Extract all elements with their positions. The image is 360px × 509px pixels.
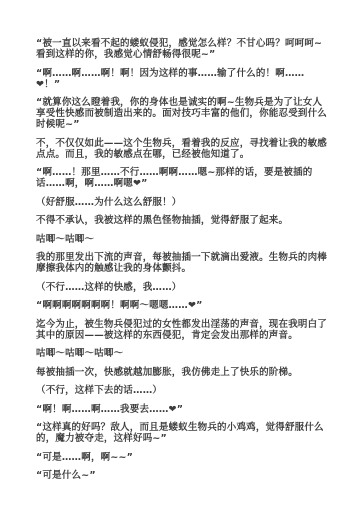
paragraph-thought-2: （不行……这样的快感，我……）	[36, 282, 328, 293]
paragraph-dialogue-8: “可是……啊，啊~~”	[36, 452, 328, 463]
paragraph-dialogue-4: “啊……！那里……不行……啊啊……嗯~那样的话，要是被插的话……啊，啊……啊嗯❤…	[36, 167, 328, 189]
paragraph-narration-1: 不，不仅仅如此——这个生物兵，看着我的反应，寻找着让我的敏感点点。而且，我的敏感…	[36, 138, 328, 160]
paragraph-dialogue-3: “就算你这么瞪着我，你的身体也是诚实的啊~生物兵是为了让女人享受性快感而被制造出…	[36, 97, 328, 130]
paragraph-thought-1: （好舒服……为什么这么舒服！）	[36, 197, 328, 208]
paragraph-thought-3: （不行，这样下去的话……）	[36, 385, 328, 396]
paragraph-dialogue-5: “啊啊啊啊啊啊啊！啊啊～嗯嗯……❤”	[36, 300, 328, 311]
paragraph-dialogue-7: “这样真的好吗？敌人，而且是蝼蚁生物兵的小鸡鸡，觉得舒服什么的，魔力被夺走，这样…	[36, 422, 328, 444]
paragraph-dialogue-6: “啊！啊……啊……我要去……❤”	[36, 404, 328, 415]
paragraph-narration-4: 迄今为止，被生物兵侵犯过的女性都发出淫荡的声音，现在我明白了其中的原因——被这样…	[36, 319, 328, 341]
paragraph-sfx-2: 咕唧～咕唧～咕唧～	[36, 348, 328, 359]
paragraph-dialogue-9: “可是什么~”	[36, 470, 328, 481]
paragraph-narration-5: 每被抽插一次，快感就越加膨胀，我仿佛走上了快乐的阶梯。	[36, 367, 328, 378]
paragraph-narration-2: 不得不承认，我被这样的黑色怪物抽插，觉得舒服了起来。	[36, 215, 328, 226]
paragraph-narration-3: 我的那里发出下流的声音，每被抽插一下就滴出爱液。生物兵的肉棒摩擦我体内的触感让我…	[36, 252, 328, 274]
paragraph-dialogue-2: “啊……啊……啊！啊！因为这样的事……输了什么的！啊……❤！”	[36, 68, 328, 90]
paragraph-sfx-1: 咕唧～咕唧～	[36, 234, 328, 245]
paragraph-dialogue-1: “被一直以来看不起的蝼蚁侵犯，感觉怎么样？不甘心吗？呵呵呵~看到这样的你，我感觉…	[36, 38, 328, 60]
reader-page: “被一直以来看不起的蝼蚁侵犯，感觉怎么样？不甘心吗？呵呵呵~看到这样的你，我感觉…	[0, 0, 360, 509]
